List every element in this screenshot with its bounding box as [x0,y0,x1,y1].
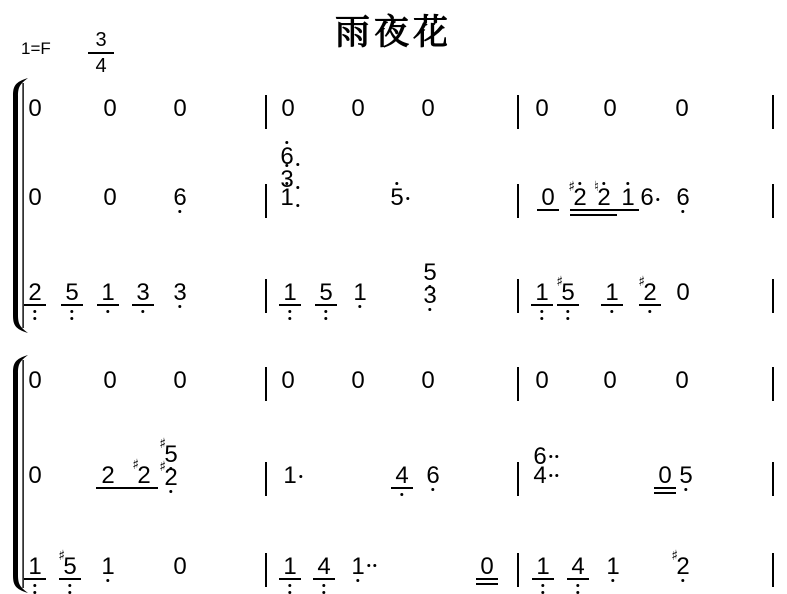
note-digit: 2 [101,464,114,488]
duration-underline [313,578,335,580]
barline [265,553,267,587]
octave-dot-below [681,579,684,582]
duration-underline [654,492,676,494]
note-digit: 1 [283,555,296,579]
note-digit: 0 [173,555,186,579]
octave-dot-below [684,488,687,491]
barline [265,367,267,401]
octave-dot-below [400,493,403,496]
note-digit: 1 [536,555,549,579]
note-digit: 0 [351,369,364,393]
note-digit: 1 [283,464,296,488]
barline [517,367,519,401]
note-digit: 5 [679,464,692,488]
accidental-sharp-icon: ♯ [58,549,65,563]
duration-underline [476,583,498,585]
note-digit: 0 [535,369,548,393]
note-digit: 0 [281,369,294,393]
note-digit: 2 [676,555,689,579]
sheet-music-page: 雨夜花 1=F 3 4 000000000006631502♯2♮1662513… [0,0,787,594]
note-digit: 0 [173,369,186,393]
duration-underline [59,578,81,580]
note-digit: 4 [571,555,584,579]
note-digit: 4 [533,464,546,488]
accidental-sharp-icon: ♯ [671,549,678,563]
augmentation-dot [367,564,370,567]
duration-underline [532,578,554,580]
duration-underline [24,578,46,580]
duration-underline [654,487,676,489]
augmentation-dot [555,455,558,458]
octave-dot-below [356,579,359,582]
duration-underline [567,578,589,580]
octave-dot-below [431,488,434,491]
octave-dot-below [68,584,71,587]
note-digit: 0 [103,369,116,393]
note-digit: 5 [63,555,76,579]
note-digit: 4 [395,464,408,488]
octave-dot-below [611,579,614,582]
barline [265,462,267,496]
score: 000000000006631502♯2♮166251331515315♯12♯… [0,0,787,594]
note-digit: 1 [351,555,364,579]
augmentation-dot [373,564,376,567]
octave-dot-below [106,579,109,582]
duration-underline [476,578,498,580]
duration-underline [391,487,413,489]
note-digit: 2 [164,466,177,490]
note-digit: 4 [317,555,330,579]
note-digit: 0 [421,369,434,393]
octave-dot-below [576,584,579,587]
note-digit: 0 [28,464,41,488]
note-digit: 0 [675,369,688,393]
augmentation-dot [549,474,552,477]
barline [517,462,519,496]
barline [772,553,774,587]
note-digit: 0 [480,555,493,579]
note-digit: 0 [603,369,616,393]
octave-dot-below [169,490,172,493]
system: 000000000022♯5♯2♯146640515♯1014101412♯ [0,0,787,594]
note-digit: 1 [606,555,619,579]
barline [772,367,774,401]
octave-dot-below [541,584,544,587]
augmentation-dot [299,475,302,478]
note-digit: 2 [137,464,150,488]
note-digit: 0 [658,464,671,488]
barline [772,462,774,496]
octave-dot-below [33,584,36,587]
accidental-sharp-icon: ♯ [132,458,139,472]
octave-dot-below [322,584,325,587]
note-digit: 6 [426,464,439,488]
note-digit: 1 [101,555,114,579]
augmentation-dot [555,474,558,477]
accidental-sharp-icon: ♯ [159,460,166,474]
octave-dot-below [288,584,291,587]
accidental-sharp-icon: ♯ [159,437,166,451]
augmentation-dot [549,455,552,458]
duration-underline [279,578,301,580]
barline [517,553,519,587]
note-digit: 0 [28,369,41,393]
note-digit: 1 [28,555,41,579]
